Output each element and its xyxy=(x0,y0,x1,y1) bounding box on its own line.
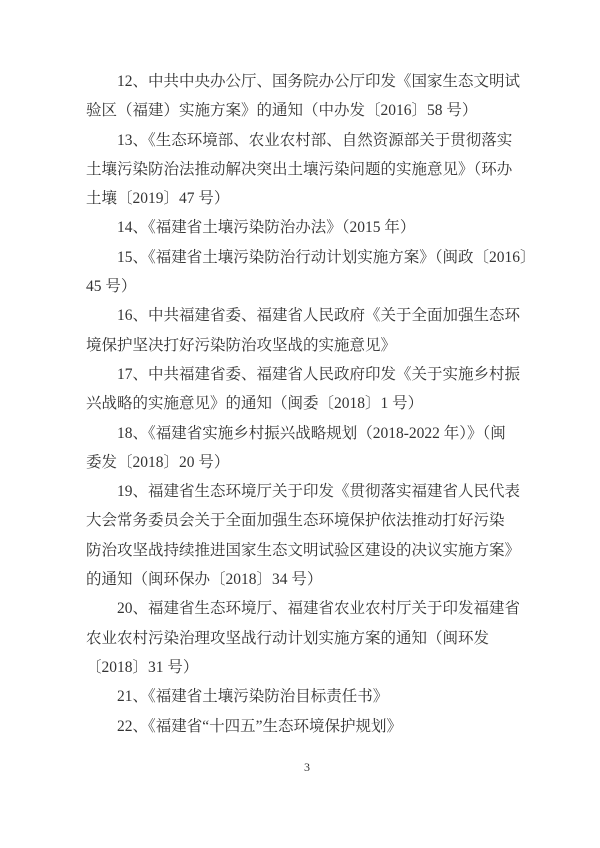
text-line: 境保护坚决打好污染防治攻坚战的实施意见》 xyxy=(86,331,586,360)
text-line: 13、《生态环境部、农业农村部、自然资源部关于贯彻落实 xyxy=(86,126,586,155)
text-line: 兴战略的实施意见》的通知（闽委〔2018〕1 号） xyxy=(86,389,586,418)
text-line: 18、《福建省实施乡村振兴战略规划（2018-2022 年）》（闽 xyxy=(86,419,586,448)
document-body: 12、中共中央办公厅、国务院办公厅印发《国家生态文明试验区（福建）实施方案》的通… xyxy=(86,67,586,741)
text-line: 〔2018〕31 号） xyxy=(86,653,586,682)
text-line: 20、福建省生态环境厅、福建省农业农村厅关于印发福建省 xyxy=(86,594,586,623)
text-line: 21、《福建省土壤污染防治目标责任书》 xyxy=(86,682,586,711)
text-line: 16、中共福建省委、福建省人民政府《关于全面加强生态环 xyxy=(86,301,586,330)
text-line: 22、《福建省“十四五”生态环境保护规划》 xyxy=(86,712,586,741)
text-line: 土壤污染防治法推动解决突出土壤污染问题的实施意见》（环办 xyxy=(86,155,586,184)
text-line: 12、中共中央办公厅、国务院办公厅印发《国家生态文明试 xyxy=(86,67,586,96)
text-line: 委发〔2018〕20 号） xyxy=(86,448,586,477)
text-line: 的通知（闽环保办〔2018〕34 号） xyxy=(86,565,586,594)
text-line: 农业农村污染治理攻坚战行动计划实施方案的通知（闽环发 xyxy=(86,624,586,653)
text-line: 大会常务委员会关于全面加强生态环境保护依法推动打好污染 xyxy=(86,506,586,535)
text-line: 17、中共福建省委、福建省人民政府印发《关于实施乡村振 xyxy=(86,360,586,389)
text-line: 15、《福建省土壤污染防治行动计划实施方案》（闽政〔2016〕 xyxy=(86,243,586,272)
text-line: 45 号） xyxy=(86,272,586,301)
document-page: 12、中共中央办公厅、国务院办公厅印发《国家生态文明试验区（福建）实施方案》的通… xyxy=(0,0,600,848)
text-line: 土壤〔2019〕47 号） xyxy=(86,184,586,213)
text-line: 验区（福建）实施方案》的通知（中办发〔2016〕58 号） xyxy=(86,96,586,125)
text-line: 14、《福建省土壤污染防治办法》（2015 年） xyxy=(86,213,586,242)
text-line: 19、福建省生态环境厅关于印发《贯彻落实福建省人民代表 xyxy=(86,477,586,506)
page-number: 3 xyxy=(0,759,600,775)
text-line: 防治攻坚战持续推进国家生态文明试验区建设的决议实施方案》 xyxy=(86,536,586,565)
